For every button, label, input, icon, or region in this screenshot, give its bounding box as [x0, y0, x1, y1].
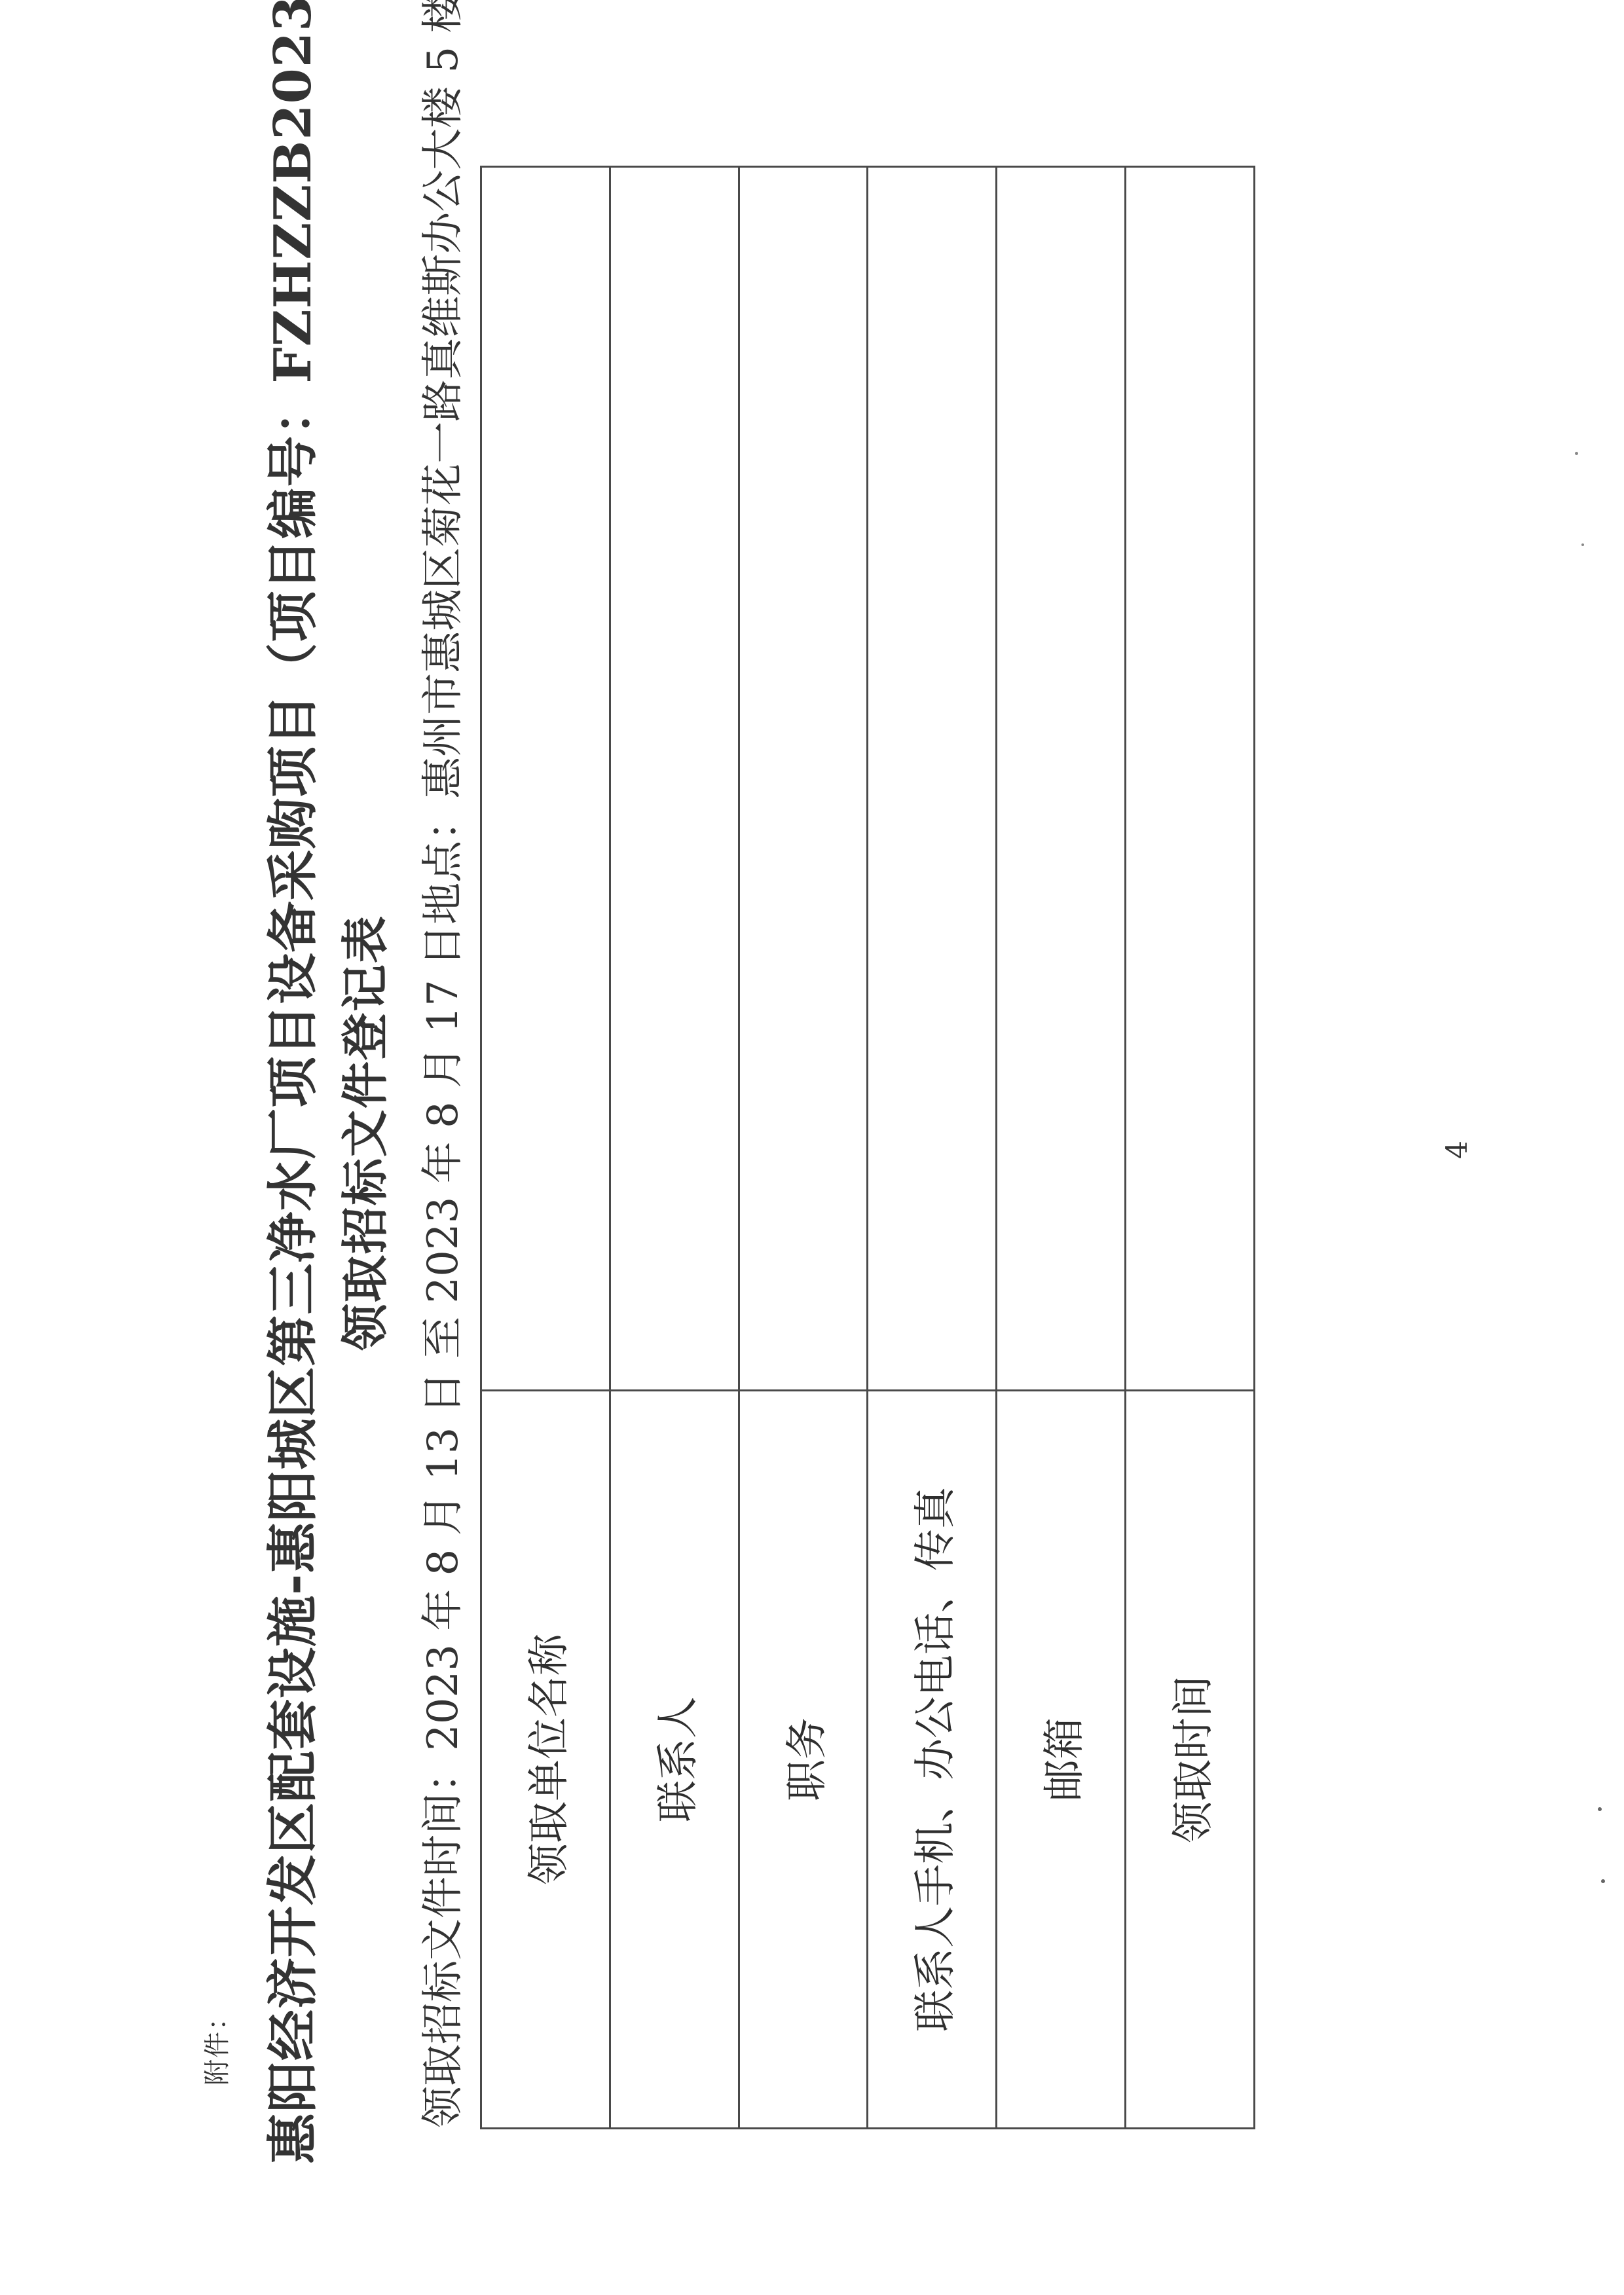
- scan-speck: [1575, 452, 1578, 455]
- row-label-position: 职务: [739, 1391, 868, 2129]
- email-field[interactable]: [997, 167, 1126, 1391]
- document-page: 附件： 惠阳经济开发区配套设施-惠阳城区第三净水厂项目设备采购项目（项目编号：F…: [0, 0, 1624, 2295]
- form-title: 领取招标文件登记表: [327, 101, 396, 2164]
- table-row: 邮箱: [997, 167, 1126, 2129]
- row-label-contact-person: 联系人: [610, 1391, 739, 2129]
- scan-speck: [1581, 543, 1584, 546]
- unit-name-field[interactable]: [481, 167, 610, 1391]
- table-row: 职务: [739, 167, 868, 2129]
- table-row: 领取时间: [1126, 167, 1255, 2129]
- pickup-location: 地点：惠州市惠城区菊花一路真维斯办公大楼 5 楼: [409, 0, 470, 925]
- row-label-phone-fax: 联系人手机、办公电话、传真: [868, 1391, 997, 2129]
- scan-speck: [1601, 1879, 1605, 1883]
- scan-speck: [1598, 1807, 1602, 1811]
- document-title: 惠阳经济开发区配套设施-惠阳城区第三净水厂项目设备采购项目（项目编号：FZHZZ…: [252, 101, 325, 2164]
- phone-fax-field[interactable]: [868, 167, 997, 1391]
- position-field[interactable]: [739, 167, 868, 1391]
- page-number: 4: [1441, 1141, 1474, 1159]
- pickup-period: 领取招标文件时间：2023 年 8 月 13 日 至 2023 年 8 月 17…: [409, 925, 470, 2128]
- table-row: 领取单位名称: [481, 167, 610, 2129]
- pickup-time-field[interactable]: [1126, 167, 1255, 1391]
- table-row: 联系人: [610, 167, 739, 2129]
- row-label-email: 邮箱: [997, 1391, 1126, 2129]
- row-label-unit-name: 领取单位名称: [481, 1391, 610, 2129]
- rotated-content: 附件： 惠阳经济开发区配套设施-惠阳城区第三净水厂项目设备采购项目（项目编号：F…: [0, 0, 1624, 2295]
- registration-table: 领取单位名称 联系人 职务 联系人手机、办公电话、传真 邮箱: [480, 166, 1255, 2129]
- pickup-info-line: 领取招标文件时间：2023 年 8 月 13 日 至 2023 年 8 月 17…: [409, 164, 470, 2128]
- attachment-label: 附件：: [196, 2003, 234, 2085]
- table-row: 联系人手机、办公电话、传真: [868, 167, 997, 2129]
- contact-person-field[interactable]: [610, 167, 739, 1391]
- row-label-pickup-time: 领取时间: [1126, 1391, 1255, 2129]
